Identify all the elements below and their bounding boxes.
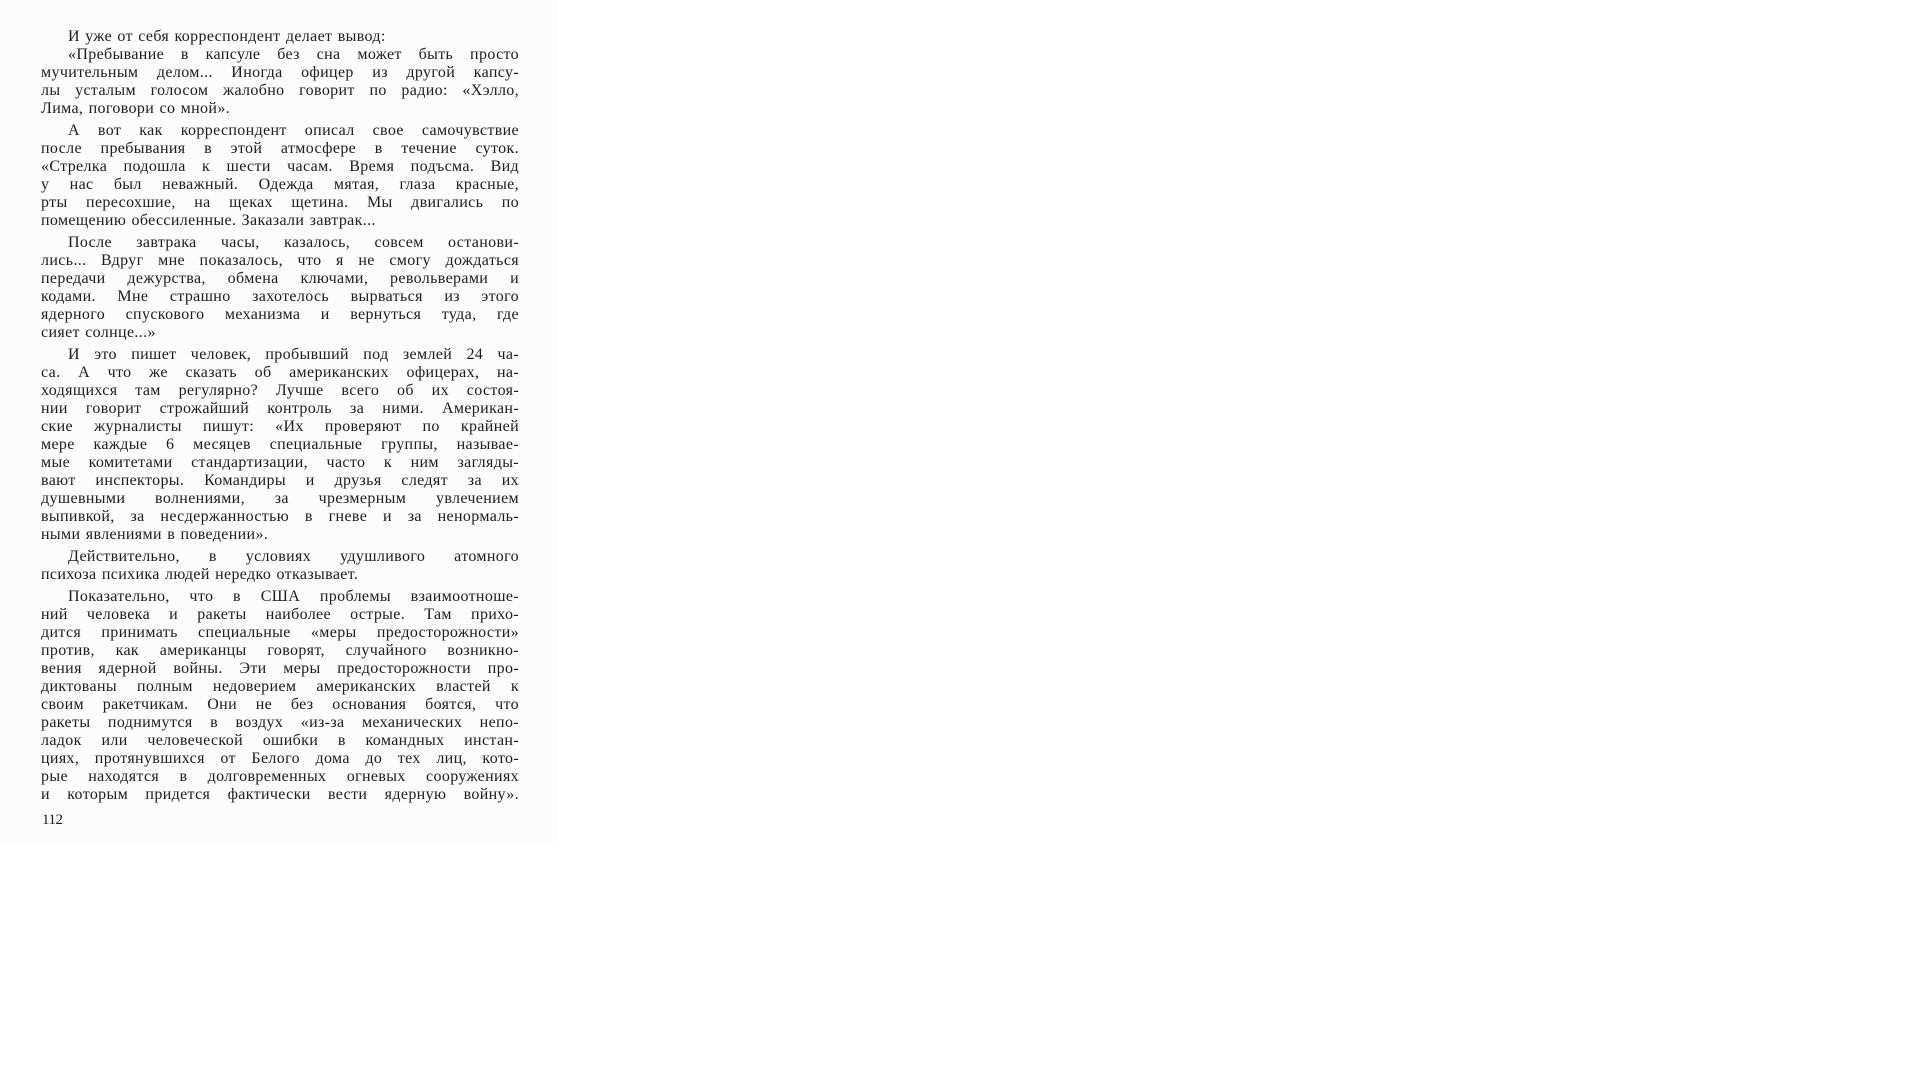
paragraph-3: А вот как корреспондент описал свое само… [41,122,519,230]
text-line: мучительным делом... Иногда офицер из др… [41,64,519,82]
text-line: выпивкой, за несдержанностью в гневе и з… [41,508,519,526]
text-line: «Стрелка подошла к шести часам. Время по… [41,158,519,176]
paragraph-7: Показательно, что в США проблемы взаимоо… [41,588,519,804]
text-line: ракеты поднимутся в воздух «из-за механи… [41,714,519,732]
text-line: психоза психика людей нередко отказывает… [41,566,519,584]
text-line: циях, протянувшихся от Белого дома до те… [41,750,519,768]
text-line: ладок или человеческой ошибки в командны… [41,732,519,750]
text-line: са. А что же сказать об американских офи… [41,364,519,382]
text-line: после пребывания в этой атмосфере в тече… [41,140,519,158]
text-line: своим ракетчикам. Они не без основания б… [41,696,519,714]
text-line: Лима, поговори со мной». [41,100,519,118]
text-line: И это пишет человек, пробывший под земле… [41,346,519,364]
text-line: мере каждые 6 месяцев специальные группы… [41,436,519,454]
text-line: «Пребывание в капсуле без сна может быть… [41,46,519,64]
text-line: у нас был неважный. Одежда мятая, глаза … [41,176,519,194]
paragraph-6: Действительно, в условиях удушливого ато… [41,548,519,584]
text-line: мые комитетами стандартизации, часто к н… [41,454,519,472]
text-line: дится принимать специальные «меры предос… [41,624,519,642]
text-line: сияет солнце...» [41,324,519,342]
text-line: Показательно, что в США проблемы взаимоо… [41,588,519,606]
text-line: вают инспекторы. Командиры и друзья след… [41,472,519,490]
text-line: После завтрака часы, казалось, совсем ос… [41,234,519,252]
text-line: и которым придется фактически вести ядер… [41,786,519,804]
scanned-book-page: И уже от себя корреспондент делает вывод… [0,0,558,846]
text-line: ские журналисты пишут: «Их проверяют по … [41,418,519,436]
text-line: рые находятся в долговременных огневых с… [41,768,519,786]
text-line: душевными волнениями, за чрезмерным увле… [41,490,519,508]
text-line: ядерного спускового механизма и вернутьс… [41,306,519,324]
text-line: диктованы полным недоверием американских… [41,678,519,696]
paragraph-4: После завтрака часы, казалось, совсем ос… [41,234,519,342]
text-line: И уже от себя корреспондент делает вывод… [41,28,519,46]
text-line: нии говорит строжайший контроль за ними.… [41,400,519,418]
text-line: лись... Вдруг мне показалось, что я не с… [41,252,519,270]
paragraph-5: И это пишет человек, пробывший под земле… [41,346,519,544]
text-line: против, как американцы говорят, случайно… [41,642,519,660]
text-line: вения ядерной войны. Эти меры предосторо… [41,660,519,678]
body-text: И уже от себя корреспондент делает вывод… [41,28,519,804]
text-line: А вот как корреспондент описал свое само… [41,122,519,140]
text-line: ходящихся там регулярно? Лучше всего об … [41,382,519,400]
text-line: передачи дежурства, обмена ключами, рево… [41,270,519,288]
text-line: кодами. Мне страшно захотелось вырваться… [41,288,519,306]
text-line: Действительно, в условиях удушливого ато… [41,548,519,566]
text-line: ний человека и ракеты наиболее острые. Т… [41,606,519,624]
text-line: рты пересохшие, на щеках щетина. Мы двиг… [41,194,519,212]
text-line: помещению обессиленные. Заказали завтрак… [41,212,519,230]
text-line: лы усталым голосом жалобно говорит по ра… [41,82,519,100]
page-number: 112 [42,811,62,829]
paragraph-1: И уже от себя корреспондент делает вывод… [41,28,519,46]
text-line: ными явлениями в поведении». [41,526,519,544]
paragraph-2: «Пребывание в капсуле без сна может быть… [41,46,519,118]
